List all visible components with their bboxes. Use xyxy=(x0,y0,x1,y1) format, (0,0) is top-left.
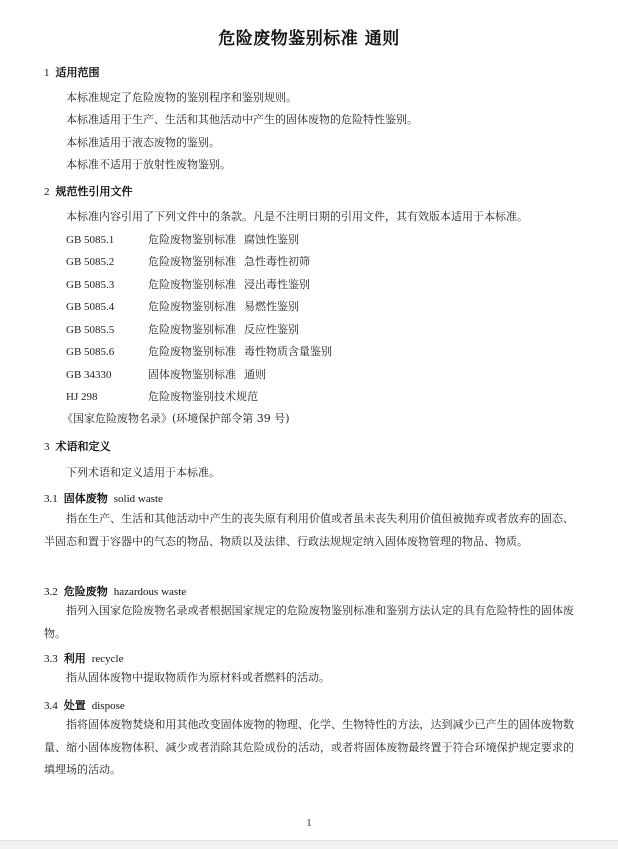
term-zh: 利用 xyxy=(64,652,86,665)
term-number: 3.3 xyxy=(44,653,58,665)
section-number: 3 xyxy=(44,441,50,453)
reference-name: 固体废物鉴别标准 xyxy=(148,366,236,382)
reference-code: GB 5085.1 xyxy=(66,234,148,246)
paragraph: 本标准不适用于放射性废物鉴别。 xyxy=(66,156,231,172)
reference-subtitle: 腐蚀性鉴别 xyxy=(244,231,299,247)
reference-row: GB 5085.4危险废物鉴别标准易燃性鉴别 xyxy=(66,298,299,314)
reference-name: 危险废物鉴别标准 xyxy=(148,343,236,359)
term-zh: 处置 xyxy=(64,699,86,712)
reference-subtitle: 反应性鉴别 xyxy=(244,321,299,337)
term-en: solid waste xyxy=(114,493,163,505)
section-number: 2 xyxy=(44,186,50,198)
document-title: 危险废物鉴别标准 通则 xyxy=(0,24,618,49)
term-heading: 3.4处置dispose xyxy=(44,697,125,713)
section-title: 术语和定义 xyxy=(56,440,111,453)
term-number: 3.1 xyxy=(44,493,58,505)
paragraph: 下列术语和定义适用于本标准。 xyxy=(66,464,220,480)
section-title: 适用范围 xyxy=(56,66,100,79)
reference-name: 危险废物鉴别技术规范 xyxy=(148,388,258,404)
term-heading: 3.3利用recycle xyxy=(44,650,124,666)
reference-row: GB 34330固体废物鉴别标准通则 xyxy=(66,366,266,382)
reference-row: GB 5085.5危险废物鉴别标准反应性鉴别 xyxy=(66,321,299,337)
page-bottom-edge xyxy=(0,840,618,849)
reference-code: GB 5085.4 xyxy=(66,301,148,313)
term-zh: 固体废物 xyxy=(64,492,108,505)
document-page: 危险废物鉴别标准 通则 1适用范围 本标准规定了危险废物的鉴别程序和鉴别规则。 … xyxy=(0,0,618,840)
reference-row: GB 5085.1危险废物鉴别标准腐蚀性鉴别 xyxy=(66,231,299,247)
section-title: 规范性引用文件 xyxy=(56,185,133,198)
reference-name: 危险废物鉴别标准 xyxy=(148,321,236,337)
reference-name: 危险废物鉴别标准 xyxy=(148,253,236,269)
reference-row: GB 5085.2危险废物鉴别标准急性毒性初筛 xyxy=(66,253,310,269)
reference-code: GB 5085.6 xyxy=(66,346,148,358)
paragraph: 本标准适用于液态废物的鉴别。 xyxy=(66,134,220,150)
section-1-heading: 1适用范围 xyxy=(44,64,100,80)
reference-subtitle: 急性毒性初筛 xyxy=(244,253,310,269)
reference-subtitle: 浸出毒性鉴别 xyxy=(244,276,310,292)
reference-subtitle: 易燃性鉴别 xyxy=(244,298,299,314)
section-3-heading: 3术语和定义 xyxy=(44,438,111,454)
term-zh: 危险废物 xyxy=(64,585,108,598)
section-2-heading: 2规范性引用文件 xyxy=(44,183,133,199)
term-number: 3.2 xyxy=(44,586,58,598)
paragraph: 本标准适用于生产、生活和其他活动中产生的固体废物的危险特性鉴别。 xyxy=(66,111,418,127)
term-heading: 3.1固体废物solid waste xyxy=(44,490,163,506)
reference-subtitle: 毒性物质含量鉴别 xyxy=(244,343,332,359)
section-number: 1 xyxy=(44,67,50,79)
reference-name: 危险废物鉴别标准 xyxy=(148,298,236,314)
term-definition: 指从固体废物中提取物质作为原材料或者燃料的活动。 xyxy=(44,667,574,690)
reference-code: GB 34330 xyxy=(66,369,148,381)
term-number: 3.4 xyxy=(44,700,58,712)
reference-row: GB 5085.3危险废物鉴别标准浸出毒性鉴别 xyxy=(66,276,310,292)
reference-row: HJ 298危险废物鉴别技术规范 xyxy=(66,388,266,404)
term-definition: 指在生产、生活和其他活动中产生的丧失原有利用价值或者虽未丧失利用价值但被抛弃或者… xyxy=(44,508,574,553)
page-number: 1 xyxy=(0,818,618,829)
term-definition: 指将固体废物焚烧和用其他改变固体废物的物理、化学、生物特性的方法，达到减少已产生… xyxy=(44,714,574,782)
term-heading: 3.2危险废物hazardous waste xyxy=(44,583,186,599)
term-en: hazardous waste xyxy=(114,586,186,598)
catalog-reference: 《国家危险废物名录》(环境保护部令第 39 号) xyxy=(62,410,290,426)
reference-row: GB 5085.6危险废物鉴别标准毒性物质含量鉴别 xyxy=(66,343,332,359)
reference-subtitle: 通则 xyxy=(244,366,266,382)
reference-name: 危险废物鉴别标准 xyxy=(148,231,236,247)
reference-code: HJ 298 xyxy=(66,391,148,403)
reference-code: GB 5085.5 xyxy=(66,324,148,336)
paragraph: 本标准内容引用了下列文件中的条款。凡是不注明日期的引用文件，其有效版本适用于本标… xyxy=(66,208,528,224)
term-en: dispose xyxy=(92,700,125,712)
paragraph: 本标准规定了危险废物的鉴别程序和鉴别规则。 xyxy=(66,89,297,105)
term-en: recycle xyxy=(92,653,124,665)
reference-code: GB 5085.3 xyxy=(66,279,148,291)
reference-code: GB 5085.2 xyxy=(66,256,148,268)
reference-name: 危险废物鉴别标准 xyxy=(148,276,236,292)
term-definition: 指列入国家危险废物名录或者根据国家规定的危险废物鉴别标准和鉴别方法认定的具有危险… xyxy=(44,600,574,645)
